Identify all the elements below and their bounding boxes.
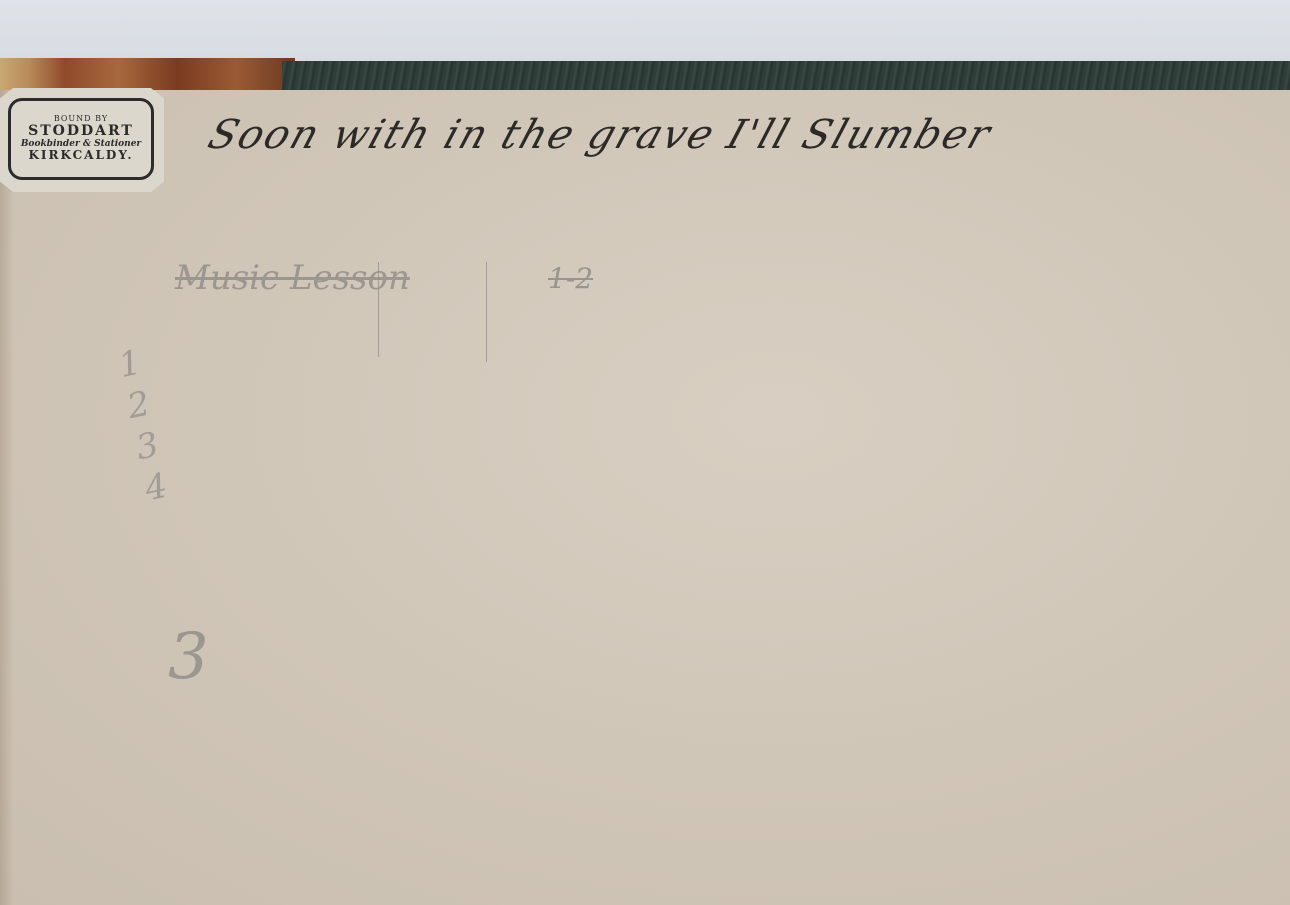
pencil-vertical-stroke — [378, 262, 379, 357]
pencil-number: 3 — [168, 620, 209, 694]
pencil-crossed-text: Music Lesson — [175, 258, 410, 298]
marbled-board-corner — [0, 58, 295, 92]
pencil-column-item: 4 — [141, 461, 189, 510]
binder-ticket: BOUND BY STODDART Bookbinder & Stationer… — [0, 88, 164, 192]
endpaper-page — [0, 90, 1290, 905]
pencil-vertical-stroke — [486, 262, 487, 362]
ticket-line-2: STODDART — [28, 124, 134, 139]
binder-ticket-frame: BOUND BY STODDART Bookbinder & Stationer… — [8, 98, 154, 180]
ticket-line-4: KIRKCALDY. — [28, 149, 133, 162]
page-gutter-shadow — [0, 90, 14, 905]
ink-inscription: Soon with in the grave I'll Slumber — [203, 112, 998, 158]
pencil-crossed-number: 1-2 — [548, 262, 593, 295]
